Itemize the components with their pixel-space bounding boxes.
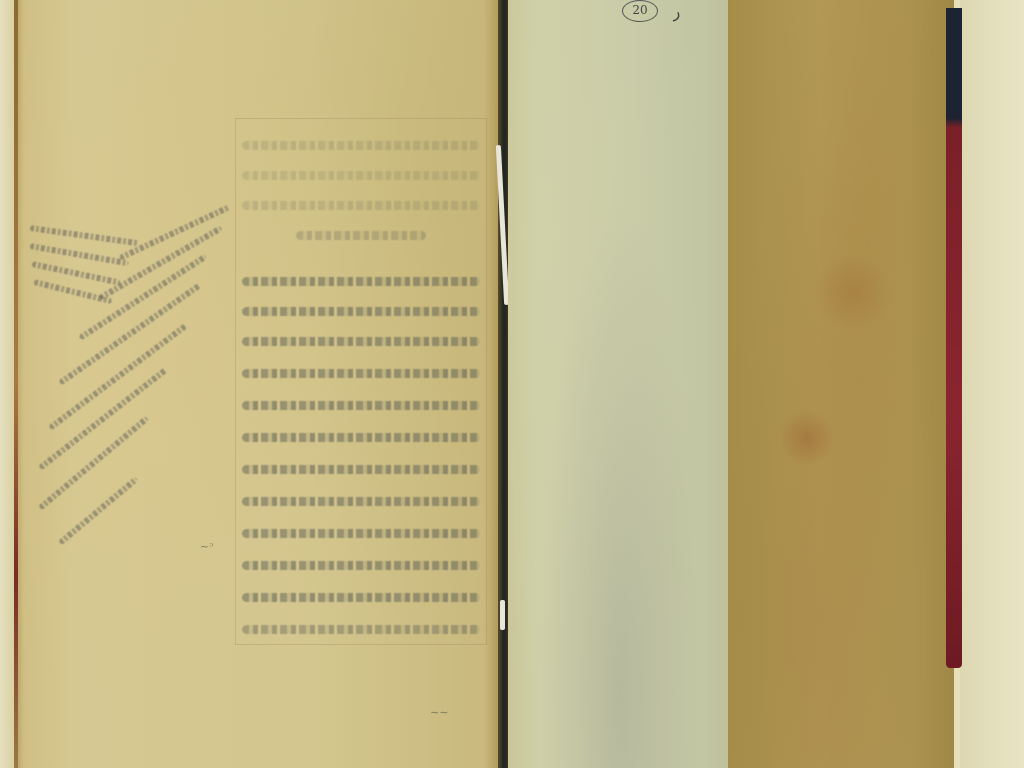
text-line — [242, 497, 480, 506]
text-line — [242, 141, 480, 150]
text-line — [242, 201, 480, 210]
right-cover-leaf — [728, 0, 954, 768]
folio-number: 20 — [622, 0, 658, 22]
text-line — [242, 401, 480, 410]
text-line — [242, 433, 480, 442]
text-line — [242, 307, 480, 316]
text-line — [242, 277, 480, 286]
text-line — [242, 593, 480, 602]
page-mark: ~ᵓ — [200, 540, 213, 553]
text-line — [242, 465, 480, 474]
text-line — [242, 369, 480, 378]
text-line — [296, 231, 426, 240]
middle-blank-leaf — [508, 0, 732, 768]
note-line — [30, 225, 140, 246]
note-line — [58, 476, 138, 545]
binding-edge — [946, 8, 962, 668]
note-line — [33, 279, 112, 304]
text-line — [242, 561, 480, 570]
background-right — [960, 0, 1024, 768]
text-line — [242, 529, 480, 538]
stitching-thread — [500, 600, 505, 630]
text-line — [242, 337, 480, 346]
marginal-notes — [20, 215, 230, 555]
text-line — [242, 171, 480, 180]
left-page-edge — [14, 0, 18, 768]
page-mark: ∼∼ — [430, 706, 448, 719]
text-line — [242, 625, 480, 634]
main-text-block — [235, 118, 487, 645]
